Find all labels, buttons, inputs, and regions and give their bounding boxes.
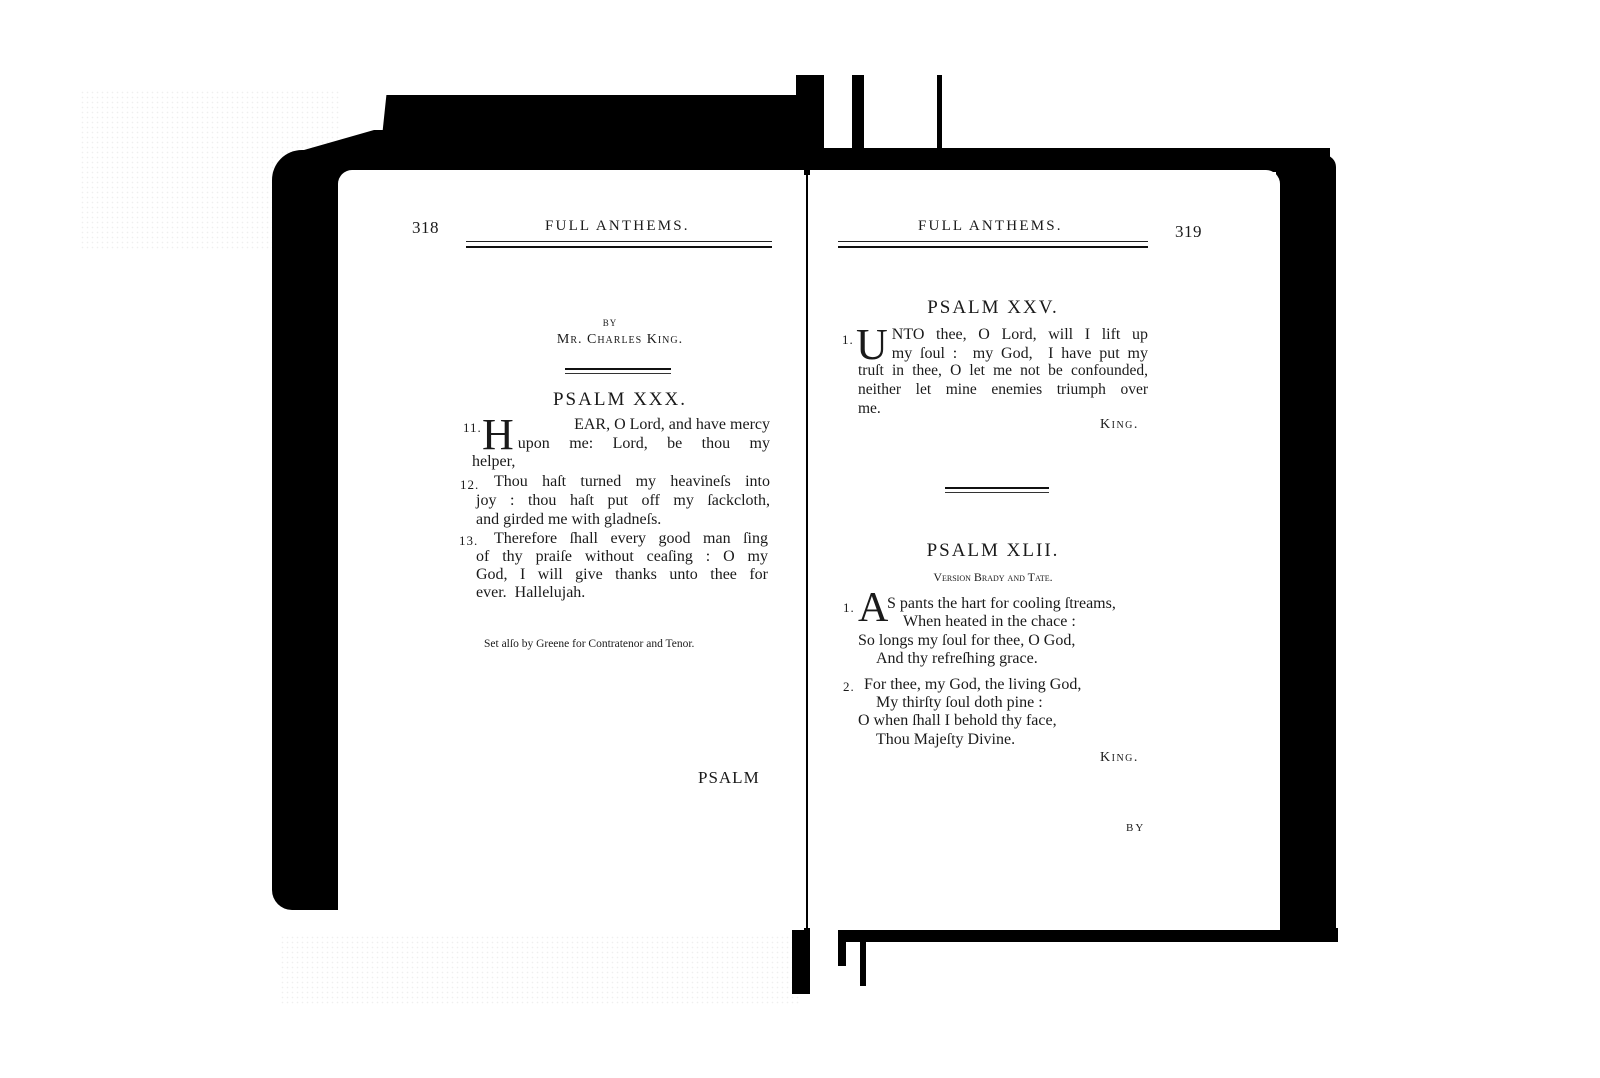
psalm25-line-1: NTO thee, O Lord, will I lift up — [856, 326, 1148, 345]
psalm25-line-3: truſt in thee, O let me not be confounde… — [858, 362, 1148, 380]
version-note: Verſion Brady and Tate. — [880, 570, 1106, 585]
spine-strap-2 — [937, 75, 942, 155]
stanza2-line-1: For thee, my God, the living God, — [864, 675, 1081, 694]
catchword-left: PSALM — [698, 768, 760, 788]
section-rule-right — [945, 487, 1049, 493]
verse-number-12: 12. — [460, 477, 479, 493]
running-head-left: FULL ANTHEMS. — [545, 218, 690, 235]
verse-12-line-1: Thou haſt turned my heavineſs into — [494, 473, 770, 491]
dropcap-u: U — [856, 328, 888, 362]
book-cover-top-left — [378, 95, 798, 175]
dropcap-a: A — [858, 588, 888, 628]
book-cover-right-edge — [1276, 155, 1336, 935]
verse-11: H EAR, O Lord, and have mercy upon me: L… — [474, 416, 770, 453]
stanza2-line-2: My thirſty ſoul doth pine : — [876, 693, 1043, 712]
psalm-title-xxv: PSALM XXV. — [893, 297, 1093, 319]
psalm25-line-4: neither let mine enemies triumph over — [858, 381, 1148, 399]
spine-tab-bottom — [838, 936, 846, 966]
verse-12-line-2: joy : thou haſt put off my ſackcloth, — [476, 492, 770, 510]
stanza2-line-4: Thou Majeſty Divine. — [876, 730, 1015, 749]
verse-12-line-3: and girded me with gladneſs. — [476, 511, 661, 529]
page-number-left: 318 — [412, 218, 439, 238]
attribution-king-2: King. — [1100, 750, 1139, 766]
running-head-right: FULL ANTHEMS. — [918, 218, 1063, 235]
book-cover-top-right — [820, 148, 1330, 172]
page-number-right: 319 — [1175, 222, 1202, 242]
by-label: BY — [590, 318, 630, 328]
scan-noise-bottom — [280, 935, 800, 1005]
stanza1-line-1: S pants the hart for cooling ſtreams, — [887, 594, 1116, 613]
psalm25-line-5: me. — [858, 400, 881, 418]
book-cover-bottom-right — [838, 928, 1338, 942]
verse-11-line-3: helper, — [472, 453, 515, 471]
attribution-king-1: King. — [1100, 417, 1139, 433]
psalm-title-xlii: PSALM XLII. — [893, 540, 1093, 562]
stanza-number-2: 2. — [843, 679, 855, 695]
spine-tab-bottom-2 — [860, 936, 866, 986]
stanza1-line-3: So longs my ſoul for thee, O God, — [858, 631, 1075, 650]
header-rule-right — [838, 241, 1148, 248]
book-gutter — [806, 170, 808, 940]
setting-note: Set alſo by Greene for Contratenor and T… — [484, 638, 694, 650]
author-name: Mr. Charles King. — [520, 332, 720, 348]
stanza2-line-3: O when ſhall I behold thy face, — [858, 711, 1057, 730]
verse-13-line-2: of thy praiſe without ceaſing : O my — [476, 548, 768, 566]
psalm25-line-2: my ſoul : my God, I have put my — [856, 345, 1148, 364]
header-rule-left — [466, 241, 772, 248]
psalm-title-xxx: PSALM XXX. — [520, 389, 720, 411]
verse-13-line-1: Therefore ſhall every good man ſing — [494, 530, 768, 548]
verse-11-line-2: upon me: Lord, be thou my — [474, 435, 770, 454]
verse-number-psalm25-1: 1. — [842, 332, 854, 348]
dropcap-h: H — [482, 418, 514, 452]
catchword-right: BY — [1126, 822, 1145, 834]
stanza1-line-2: When heated in the chace : — [903, 612, 1076, 631]
section-rule-left — [565, 368, 671, 374]
verse-13-line-4: ever. Hallelujah. — [476, 584, 585, 602]
verse-13-line-3: God, I will give thanks unto thee for — [476, 566, 768, 584]
verse-number-13: 13. — [459, 533, 478, 549]
stanza1-line-4: And thy refreſhing grace. — [876, 649, 1038, 668]
stanza-number-1: 1. — [843, 600, 855, 616]
psalm25-verse-1: U NTO thee, O Lord, will I lift up my ſo… — [856, 326, 1148, 363]
verse-11-line-1: EAR, O Lord, and have mercy — [474, 416, 770, 435]
